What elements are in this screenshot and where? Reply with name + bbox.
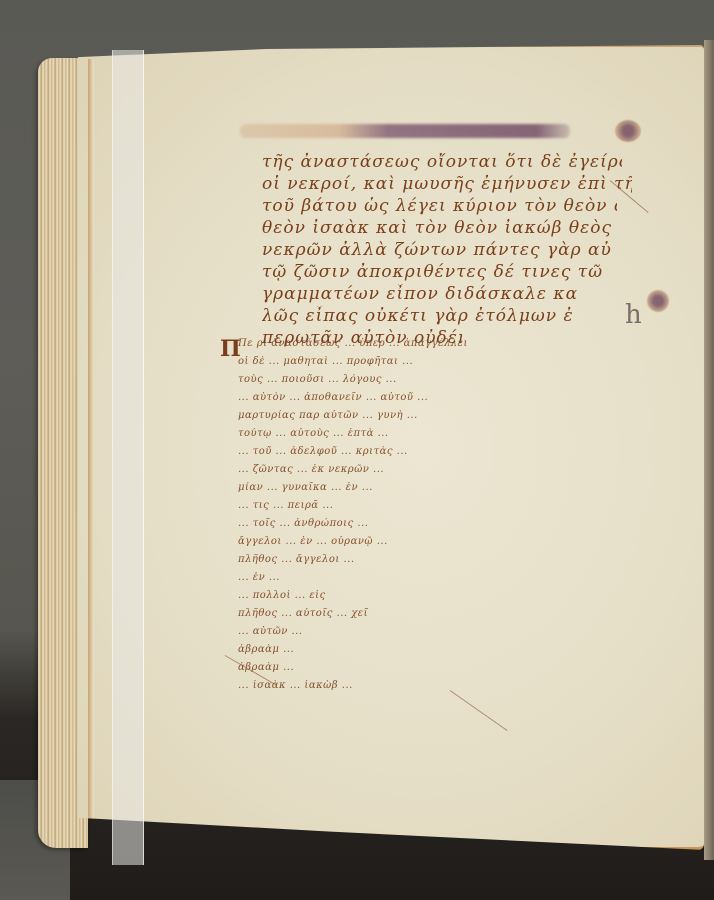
- upper-text-block: τῆς ἀναστάσεως οἴονται ὅτι δὲ ἐγείρονται…: [262, 152, 632, 352]
- text-line: γραμματέων εἶπον διδάσκαλε κα: [262, 284, 617, 306]
- text-line: πλῆθος ... αὐτοῖς ... χεῖ: [238, 608, 658, 625]
- book-binding-edge: [704, 40, 714, 860]
- text-line: τοῦ βάτου ὡς λέγει κύριον τὸν θεὸν ἀβραὰ…: [262, 196, 617, 218]
- text-line: ... ἰσαὰκ ... ἰακὼβ ...: [238, 680, 658, 697]
- text-line: λῶς εἶπας οὐκέτι γὰρ ἐτόλμων ἐ: [262, 306, 617, 328]
- text-line: ... τοῖς ... ἀνθρώποις ...: [238, 518, 658, 535]
- commentary-text-block: Πε ρὶ ἀναστάσεως ... ὑπερ ... ἀπαγγέλλει…: [238, 338, 658, 708]
- repair-tape-strip: [112, 50, 144, 865]
- ink-stain-top: [615, 120, 641, 142]
- text-line: νεκρῶν ἀλλὰ ζώντων πάντες γὰρ αὐ: [262, 240, 617, 262]
- text-line: τούτῳ ... αὐτοὺς ... ἑπτὰ ...: [238, 428, 658, 445]
- text-line: πλῆθος ... ἄγγελοι ...: [238, 554, 658, 571]
- page-fold: [88, 59, 94, 829]
- text-line: ... πολλοὶ ... εἰς: [238, 590, 658, 607]
- marginal-note: h: [625, 300, 642, 330]
- text-line: ἄγγελοι ... ἐν ... οὐρανῷ ...: [238, 536, 658, 553]
- text-line: ... αὐτῶν ...: [238, 626, 658, 643]
- text-line: μίαν ... γυναῖκα ... ἐν ...: [238, 482, 658, 499]
- text-line: τοὺς ... ποιοῦσι ... λόγους ...: [238, 374, 658, 391]
- ornamental-headpiece: [240, 124, 570, 138]
- text-line: τῆς ἀναστάσεως οἴονται ὅτι δὲ ἐγείρονται: [262, 152, 622, 174]
- ink-stain-margin: [647, 290, 669, 312]
- text-line: ἀβραὰμ ...: [238, 662, 658, 679]
- text-line: ἀβραὰμ ...: [238, 644, 658, 661]
- text-line: μαρτυρίας παρ αὐτῶν ... γυνὴ ...: [238, 410, 658, 427]
- text-line: ... ζῶντας ... ἐκ νεκρῶν ...: [238, 464, 658, 481]
- text-line: ... αὐτὸν ... ἀποθανεῖν ... αὐτοῦ ...: [238, 392, 658, 409]
- text-line: τῷ ζῶσιν ἀποκριθέντες δέ τινες τῶν: [262, 262, 602, 284]
- text-line: θεὸν ἰσαὰκ καὶ τὸν θεὸν ἰακώβ θεὸς δὲ οὐ…: [262, 218, 617, 240]
- text-line: Πε ρὶ ἀναστάσεως ... ὑπερ ... ἀπαγγέλλει: [238, 338, 658, 355]
- text-line: ... ἐν ...: [238, 572, 658, 589]
- text-line: οἱ νεκροί, καὶ μωυσῆς ἐμήνυσεν ἐπὶ τῆς: [262, 174, 632, 196]
- text-line: ... τις ... πειρᾶ ...: [238, 500, 658, 517]
- text-line: ... τοῦ ... ἀδελφοῦ ... κριτὰς ...: [238, 446, 658, 463]
- text-line: οἱ δὲ ... μαθηταὶ ... προφῆται ...: [238, 356, 658, 373]
